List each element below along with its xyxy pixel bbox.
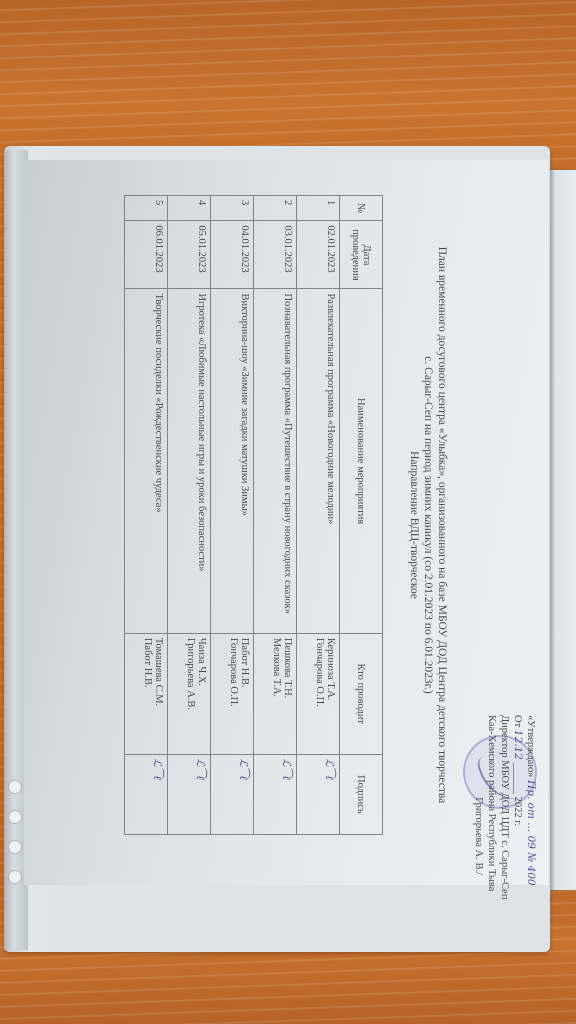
- row-hosts: Пабот Н.В.Гончарова О.П.: [211, 633, 254, 754]
- approval-year: 2022 г.: [512, 797, 523, 826]
- approval-name: Григорьева А. В./: [472, 715, 485, 875]
- host-name: Чаиза Ч.Х.: [196, 638, 207, 750]
- host-name: Мелкова Т.А.: [271, 638, 282, 750]
- handwritten-signature-icon: ℒ⁀ℓ: [237, 759, 250, 830]
- row-date: 05.01.2023: [168, 221, 211, 289]
- row-event: Игротека «Любимые настольные игры и урок…: [168, 289, 211, 633]
- row-event: Творческие посиделки «Рождественские чуд…: [125, 289, 168, 633]
- title-line-3: Направление ВДЦ-творческое: [407, 215, 421, 835]
- row-date: 03.01.2023: [254, 221, 297, 289]
- row-event: Викторина-шоу «Зимние загадки матушки Зи…: [211, 289, 254, 633]
- row-number: 5: [125, 196, 168, 221]
- approval-order: Пр. от ... 09 № 400: [525, 780, 537, 886]
- punch-hole-icon: [8, 870, 22, 884]
- events-table: № Дата проведения Наименование мероприят…: [124, 195, 383, 835]
- host-name: Гончарова О.П.: [314, 638, 325, 750]
- punch-hole-icon: [8, 780, 22, 794]
- host-name: Пабот Н.В.: [142, 638, 153, 750]
- row-number: 2: [254, 196, 297, 221]
- table-header-row: № Дата проведения Наименование мероприят…: [340, 196, 383, 835]
- document-title: План временного досугового центра «Улыбк…: [407, 215, 449, 835]
- row-number: 3: [211, 196, 254, 221]
- handwritten-signature-icon: ℒ⁀ℓ: [280, 759, 293, 830]
- title-line-1: План временного досугового центра «Улыбк…: [435, 215, 449, 835]
- row-signature: ℒ⁀ℓ: [211, 754, 254, 834]
- row-date: 04.01.2023: [211, 221, 254, 289]
- host-name: Пешкова Т.Н.: [282, 638, 293, 750]
- header-event: Наименование мероприятия: [340, 289, 383, 633]
- header-number: №: [340, 196, 383, 221]
- host-name: Григорьева А.В.: [185, 638, 196, 750]
- table-row: 102.01.2023Развлекательная программа «Но…: [297, 196, 340, 835]
- approval-date: 12.12: [512, 730, 524, 760]
- row-signature: ℒ⁀ℓ: [297, 754, 340, 834]
- header-signature: Подпись: [340, 754, 383, 834]
- title-line-2: с. Сарыг-Сеп на период зимних каникул (с…: [421, 215, 435, 835]
- row-date: 02.01.2023: [297, 221, 340, 289]
- row-number: 1: [297, 196, 340, 221]
- punch-hole-icon: [8, 810, 22, 824]
- table-row: 506.01.2023Творческие посиделки «Рождест…: [125, 196, 168, 835]
- header-date: Дата проведения: [340, 221, 383, 289]
- row-signature: ℒ⁀ℓ: [254, 754, 297, 834]
- row-hosts: Кериноза Т.А.Гончарова О.П.: [297, 633, 340, 754]
- approval-block: «Утверждаю» Пр. от ... 09 № 400 От 12.12…: [472, 715, 537, 875]
- rotated-document: «Утверждаю» Пр. от ... 09 № 400 От 12.12…: [45, 175, 545, 875]
- approval-position-2: Каа-Хемского района Республики Тыва: [485, 715, 498, 875]
- row-hosts: Томашева С.М.Пабот Н.В.: [125, 633, 168, 754]
- row-number: 4: [168, 196, 211, 221]
- host-name: Гончарова О.П.: [228, 638, 239, 750]
- row-signature: ℒ⁀ℓ: [125, 754, 168, 834]
- folder-edge: [548, 170, 576, 890]
- table-row: 304.01.2023Викторина-шоу «Зимние загадки…: [211, 196, 254, 835]
- host-name: Томашева С.М.: [153, 638, 164, 750]
- host-name: Пабот Н.В.: [239, 638, 250, 750]
- row-hosts: Пешкова Т.Н.Мелкова Т.А.: [254, 633, 297, 754]
- table-row: 405.01.2023Игротека «Любимые настольные …: [168, 196, 211, 835]
- approval-from-label: От: [512, 715, 523, 727]
- row-event: Познавательная программа «Путешествие в …: [254, 289, 297, 633]
- row-signature: ℒ⁀ℓ: [168, 754, 211, 834]
- punch-hole-icon: [8, 840, 22, 854]
- row-event: Развлекательная программа «Новогодние ме…: [297, 289, 340, 633]
- handwritten-signature-icon: ℒ⁀ℓ: [194, 759, 207, 830]
- table-row: 203.01.2023Познавательная программа «Пут…: [254, 196, 297, 835]
- host-name: Кериноза Т.А.: [325, 638, 336, 750]
- approval-position-1: Директор МБОУ ДОД ЦДТ с. Сарыг-Сеп: [498, 715, 511, 875]
- approval-label: «Утверждаю»: [525, 715, 536, 777]
- header-hosts: Кто проводит: [340, 633, 383, 754]
- row-hosts: Чаиза Ч.Х.Григорьева А.В.: [168, 633, 211, 754]
- row-date: 06.01.2023: [125, 221, 168, 289]
- handwritten-signature-icon: ℒ⁀ℓ: [151, 759, 164, 830]
- handwritten-signature-icon: ℒ⁀ℓ: [323, 759, 336, 830]
